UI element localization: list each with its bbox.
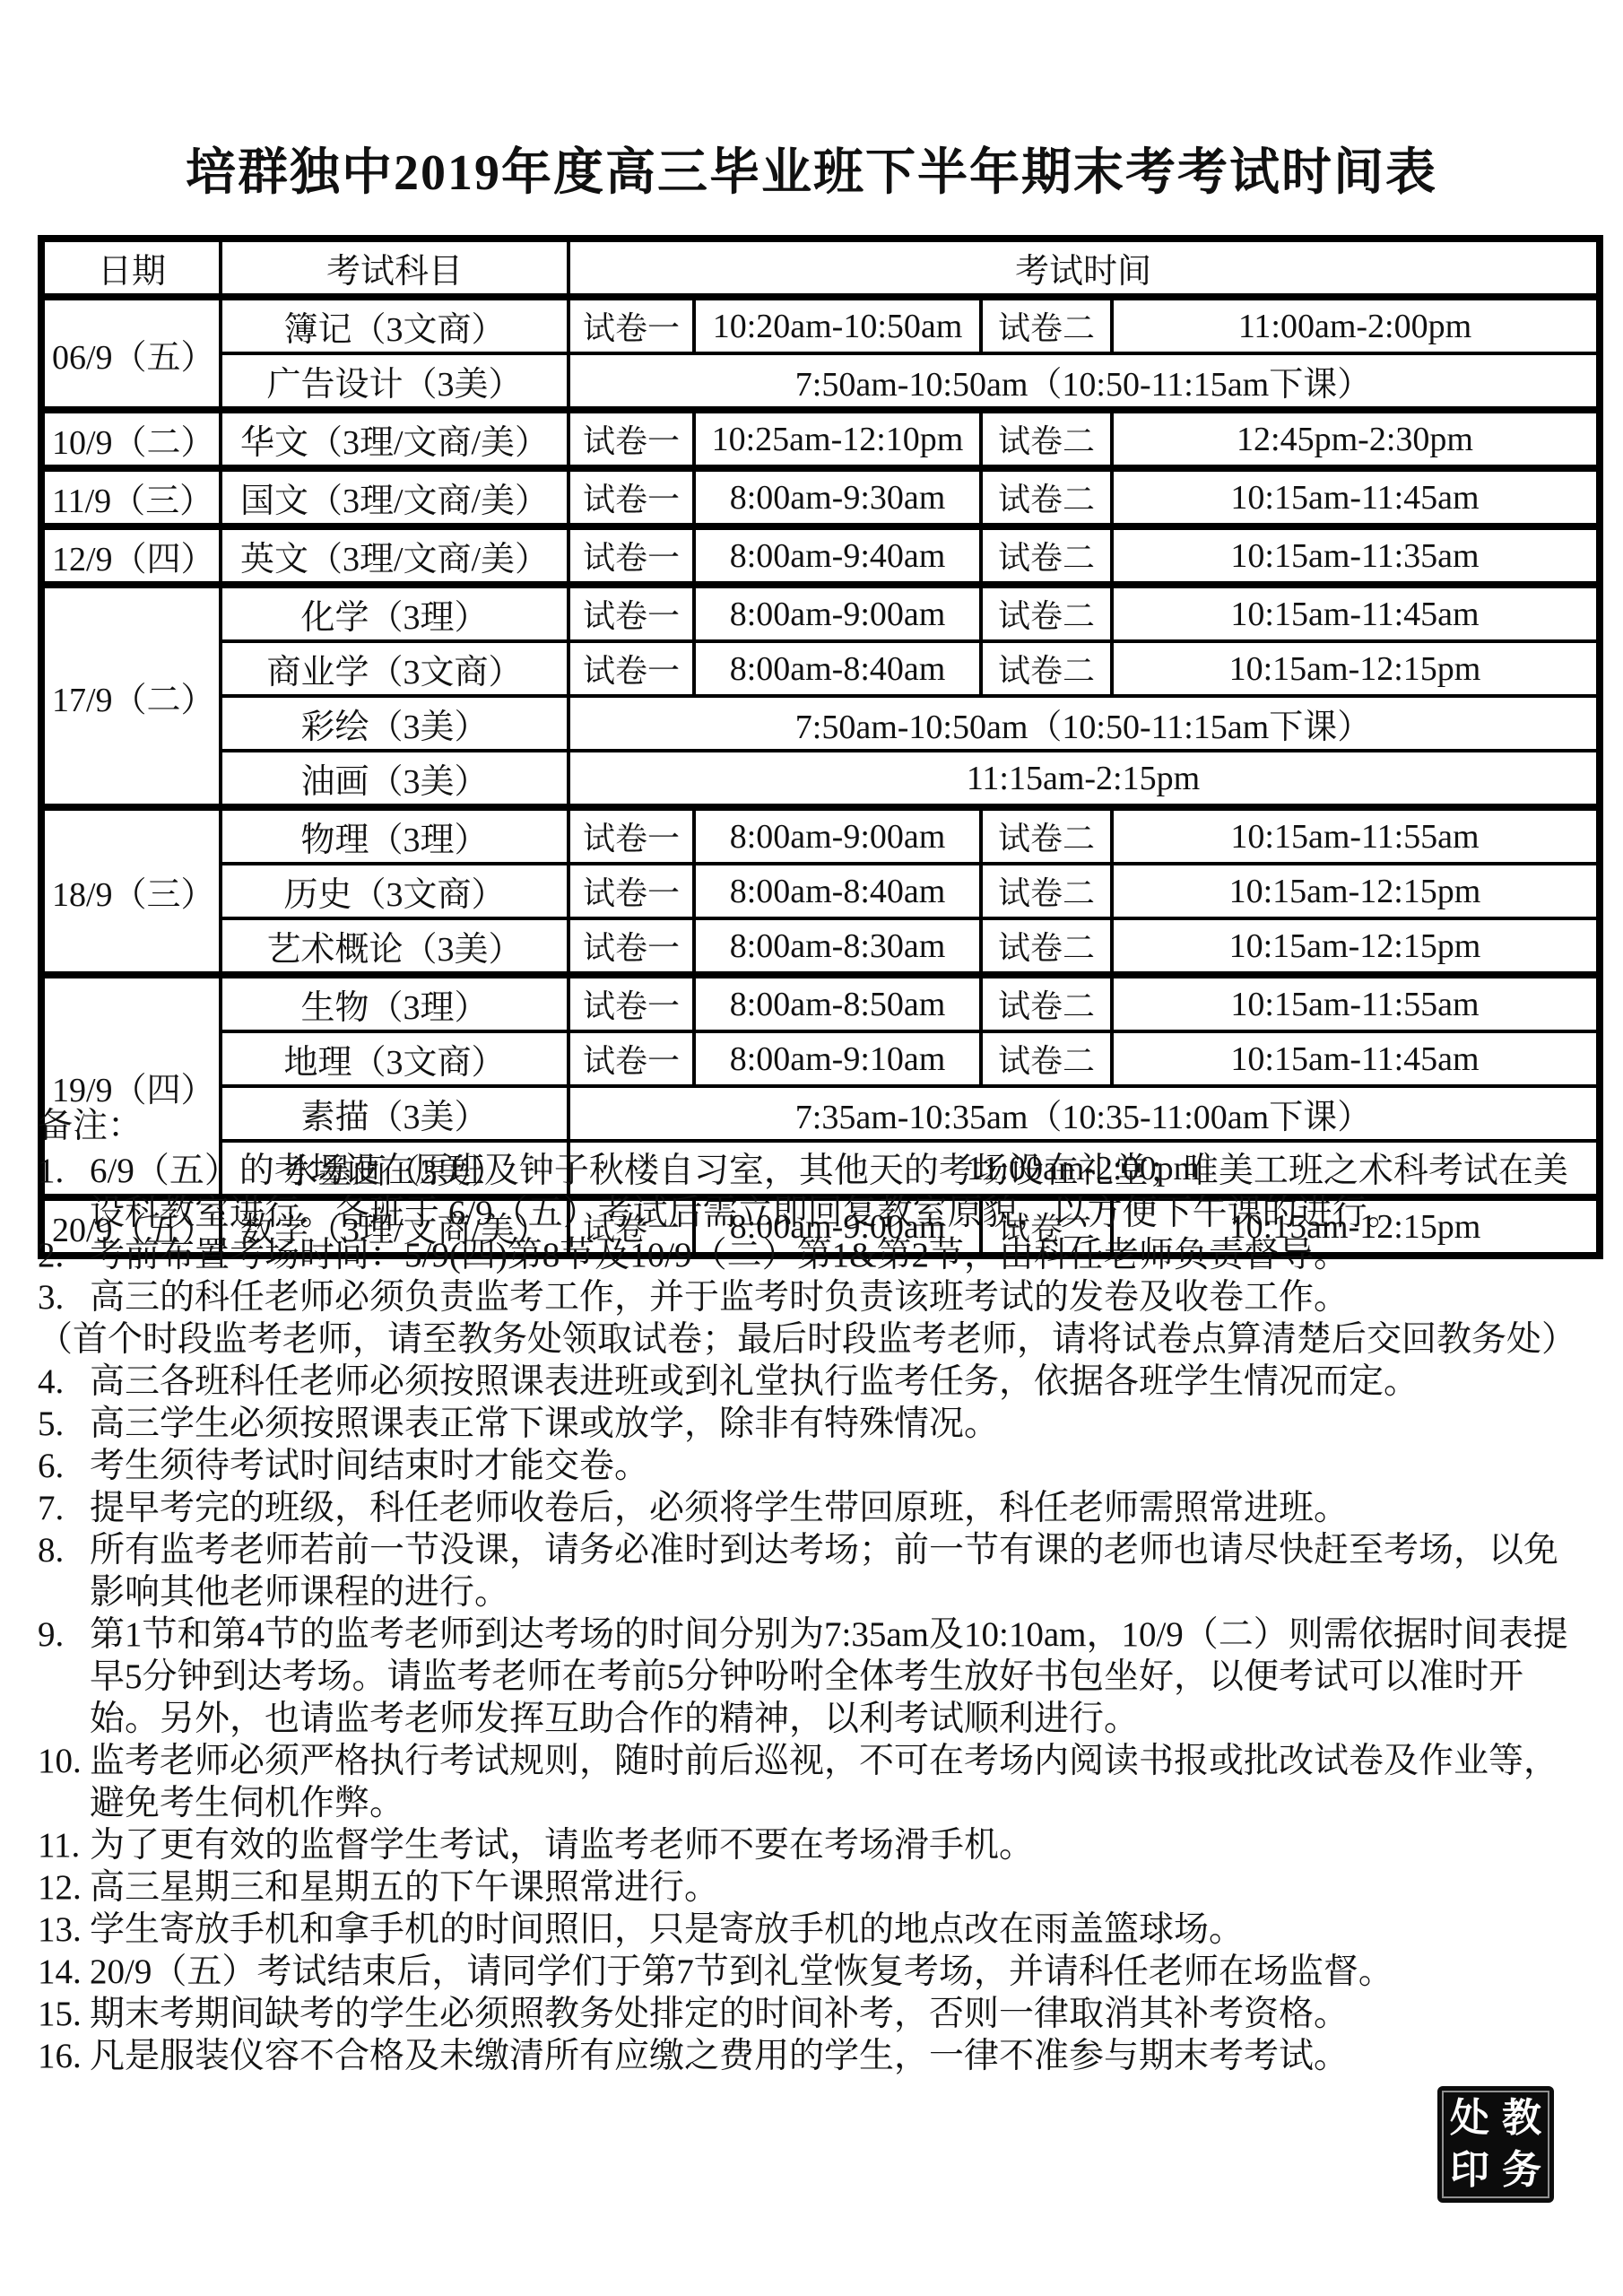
note-text: 高三的科任老师必须负责监考工作，并于监考时负责该班考试的发卷及收卷工作。: [90, 1276, 1582, 1318]
header-time: 考试时间: [568, 239, 1600, 297]
office-stamp: 处教印务: [1437, 2086, 1554, 2203]
note-item: 1.6/9（五）的考场设在原班及钟子秋楼自习室，其他天的考场设在礼堂；唯美工班之…: [38, 1150, 1582, 1234]
paper1-time-cell: 8:00am-8:30am: [694, 918, 981, 975]
paper1-label-cell: 试卷一: [568, 526, 694, 585]
paper1-label-cell: 试卷一: [568, 410, 694, 468]
subject-cell: 油画（3美）: [221, 751, 568, 807]
table-row: 油画（3美）11:15am-2:15pm: [41, 751, 1600, 807]
paper2-time-cell: 10:15am-11:45am: [1112, 1031, 1600, 1086]
note-item: 10.监考老师必须严格执行考试规则，随时前后巡视，不可在考场内阅读书报或批改试卷…: [38, 1740, 1582, 1824]
paper1-label-cell: 试卷一: [568, 975, 694, 1031]
subject-cell: 商业学（3文商）: [221, 641, 568, 696]
note-item: 4.高三各班科任老师必须按照课表进班或到礼堂执行监考任务，依据各班学生情况而定。: [38, 1361, 1582, 1403]
paper2-time-cell: 10:15am-12:15pm: [1112, 864, 1600, 918]
paper1-time-cell: 10:20am-10:50am: [694, 297, 981, 353]
note-text: 学生寄放手机和拿手机的时间照旧，只是寄放手机的地点改在雨盖篮球场。: [90, 1909, 1582, 1951]
paper1-label-cell: 试卷一: [568, 1031, 694, 1086]
paper1-label-cell: 试卷一: [568, 641, 694, 696]
subject-cell: 广告设计（3美）: [221, 353, 568, 410]
note-text: 监考老师必须严格执行考试规则，随时前后巡视，不可在考场内阅读书报或批改试卷及作业…: [90, 1740, 1582, 1824]
note-text: 所有监考老师若前一节没课，请务必准时到达考场；前一节有课的老师也请尽快赶至考场，…: [90, 1529, 1582, 1613]
note-item: 15.期末考期间缺考的学生必须照教务处排定的时间补考，否则一律取消其补考资格。: [38, 1993, 1582, 2035]
table-row: 18/9（三）物理（3理）试卷一8:00am-9:00am试卷二10:15am-…: [41, 807, 1600, 864]
note-number: 2.: [38, 1234, 90, 1276]
paper2-time-cell: 10:15am-11:55am: [1112, 975, 1600, 1031]
note-item: 14. 20/9（五）考试结束后，请同学们于第7节到礼堂恢复考场，并请科任老师在…: [38, 1951, 1582, 1993]
subject-cell: 华文（3理/文商/美）: [221, 410, 568, 468]
note-item: 16.凡是服装仪容不合格及未缴清所有应缴之费用的学生，一律不准参与期末考考试。: [38, 2035, 1582, 2077]
note-number: 4.: [38, 1361, 90, 1403]
paper2-label-cell: 试卷二: [981, 641, 1112, 696]
note-item: 6.考生须待考试时间结束时才能交卷。: [38, 1445, 1582, 1487]
note-item: 9.第1节和第4节的监考老师到达考场的时间分别为7:35am及10:10am，1…: [38, 1613, 1582, 1740]
note-text: 考前布置考场时间：5/9(四)第8节及10/9（二）第1&第2节，由科任老师负责…: [90, 1234, 1582, 1276]
paper1-time-cell: 10:25am-12:10pm: [694, 410, 981, 468]
paper2-label-cell: 试卷二: [981, 807, 1112, 864]
merged-time-cell: 7:50am-10:50am（10:50-11:15am下课）: [568, 353, 1600, 410]
note-text: 6/9（五）的考场设在原班及钟子秋楼自习室，其他天的考场设在礼堂；唯美工班之术科…: [90, 1150, 1582, 1234]
paper1-label-cell: 试卷一: [568, 807, 694, 864]
subject-cell: 英文（3理/文商/美）: [221, 526, 568, 585]
date-cell: 10/9（二）: [41, 410, 221, 468]
note-text: （首个时段监考老师，请至教务处领取试卷；最后时段监考老师，请将试卷点算清楚后交回…: [38, 1318, 1582, 1361]
stamp-char: 印: [1450, 2151, 1489, 2190]
date-cell: 17/9（二）: [41, 585, 221, 807]
stamp-char: 教: [1502, 2099, 1541, 2138]
note-item: 2.考前布置考场时间：5/9(四)第8节及10/9（二）第1&第2节，由科任老师…: [38, 1234, 1582, 1276]
subject-cell: 艺术概论（3美）: [221, 918, 568, 975]
paper2-time-cell: 10:15am-11:45am: [1112, 468, 1600, 526]
note-item: 7.提早考完的班级，科任老师收卷后，必须将学生带回原班，科任老师需照常进班。: [38, 1487, 1582, 1529]
table-row: 彩绘（3美）7:50am-10:50am（10:50-11:15am下课）: [41, 696, 1600, 751]
subject-cell: 簿记（3文商）: [221, 297, 568, 353]
paper2-label-cell: 试卷二: [981, 918, 1112, 975]
note-number: 15.: [38, 1993, 90, 2035]
note-text: 第1节和第4节的监考老师到达考场的时间分别为7:35am及10:10am，10/…: [90, 1613, 1582, 1740]
note-number: 1.: [38, 1150, 90, 1192]
note-number: 12.: [38, 1866, 90, 1909]
page: 培群独中2019年度高三毕业班下半年期末考考试时间表 日期 考试科目 考试时间 …: [0, 0, 1623, 2296]
office-stamp-grid: 处教印务: [1442, 2091, 1549, 2198]
paper2-label-cell: 试卷二: [981, 297, 1112, 353]
paper1-label-cell: 试卷一: [568, 297, 694, 353]
note-text: 期末考期间缺考的学生必须照教务处排定的时间补考，否则一律取消其补考资格。: [90, 1993, 1582, 2035]
date-cell: 18/9（三）: [41, 807, 221, 975]
paper2-label-cell: 试卷二: [981, 468, 1112, 526]
note-item: 11.为了更有效的监督学生考试，请监考老师不要在考场滑手机。: [38, 1824, 1582, 1866]
note-item: 5.高三学生必须按照课表正常下课或放学，除非有特殊情况。: [38, 1403, 1582, 1445]
paper2-label-cell: 试卷二: [981, 975, 1112, 1031]
header-subject: 考试科目: [221, 239, 568, 297]
subject-cell: 彩绘（3美）: [221, 696, 568, 751]
note-text: 高三星期三和星期五的下午课照常进行。: [90, 1866, 1582, 1909]
table-row: 历史（3文商）试卷一8:00am-8:40am试卷二10:15am-12:15p…: [41, 864, 1600, 918]
paper1-label-cell: 试卷一: [568, 468, 694, 526]
stamp-char: 务: [1502, 2151, 1541, 2190]
note-item: 13.学生寄放手机和拿手机的时间照旧，只是寄放手机的地点改在雨盖篮球场。: [38, 1909, 1582, 1951]
subject-cell: 国文（3理/文商/美）: [221, 468, 568, 526]
note-item: 12.高三星期三和星期五的下午课照常进行。: [38, 1866, 1582, 1909]
table-row: 广告设计（3美）7:50am-10:50am（10:50-11:15am下课）: [41, 353, 1600, 410]
table-row: 艺术概论（3美）试卷一8:00am-8:30am试卷二10:15am-12:15…: [41, 918, 1600, 975]
paper2-time-cell: 10:15am-11:45am: [1112, 585, 1600, 641]
note-number: 6.: [38, 1445, 90, 1487]
note-number: 10.: [38, 1740, 90, 1782]
table-row: 地理（3文商）试卷一8:00am-9:10am试卷二10:15am-11:45a…: [41, 1031, 1600, 1086]
paper2-label-cell: 试卷二: [981, 864, 1112, 918]
paper1-label-cell: 试卷一: [568, 918, 694, 975]
doc-title: 培群独中2019年度高三毕业班下半年期末考考试时间表: [0, 133, 1623, 204]
subject-cell: 物理（3理）: [221, 807, 568, 864]
note-number: 9.: [38, 1613, 90, 1656]
paper1-time-cell: 8:00am-8:40am: [694, 641, 981, 696]
note-text: 高三各班科任老师必须按照课表进班或到礼堂执行监考任务，依据各班学生情况而定。: [90, 1361, 1582, 1403]
paper1-time-cell: 8:00am-9:10am: [694, 1031, 981, 1086]
paper2-time-cell: 10:15am-12:15pm: [1112, 641, 1600, 696]
notes-heading: 备注：: [38, 1105, 1582, 1147]
paper1-time-cell: 8:00am-9:00am: [694, 585, 981, 641]
stamp-char: 处: [1450, 2099, 1489, 2138]
paper2-label-cell: 试卷二: [981, 410, 1112, 468]
paper1-time-cell: 8:00am-9:30am: [694, 468, 981, 526]
subject-cell: 历史（3文商）: [221, 864, 568, 918]
subject-cell: 化学（3理）: [221, 585, 568, 641]
notes: 备注： 1.6/9（五）的考场设在原班及钟子秋楼自习室，其他天的考场设在礼堂；唯…: [38, 1105, 1582, 2077]
paper1-label-cell: 试卷一: [568, 585, 694, 641]
table-header-row: 日期 考试科目 考试时间: [41, 239, 1600, 297]
note-number: 16.: [38, 2035, 90, 2077]
date-cell: 11/9（三）: [41, 468, 221, 526]
header-date: 日期: [41, 239, 221, 297]
note-text: 考生须待考试时间结束时才能交卷。: [90, 1445, 1582, 1487]
paper2-time-cell: 10:15am-12:15pm: [1112, 918, 1600, 975]
paper1-time-cell: 8:00am-8:40am: [694, 864, 981, 918]
paper1-time-cell: 8:00am-8:50am: [694, 975, 981, 1031]
paper2-time-cell: 12:45pm-2:30pm: [1112, 410, 1600, 468]
paper2-label-cell: 试卷二: [981, 585, 1112, 641]
note-number: 13.: [38, 1909, 90, 1951]
subject-cell: 生物（3理）: [221, 975, 568, 1031]
note-number: 14.: [38, 1951, 90, 1993]
table-row: 17/9（二）化学（3理）试卷一8:00am-9:00am试卷二10:15am-…: [41, 585, 1600, 641]
note-number: 3.: [38, 1276, 90, 1318]
note-item: 8.所有监考老师若前一节没课，请务必准时到达考场；前一节有课的老师也请尽快赶至考…: [38, 1529, 1582, 1613]
table-row: 19/9（四）生物（3理）试卷一8:00am-8:50am试卷二10:15am-…: [41, 975, 1600, 1031]
paper1-time-cell: 8:00am-9:00am: [694, 807, 981, 864]
paper1-time-cell: 8:00am-9:40am: [694, 526, 981, 585]
note-number: 11.: [38, 1824, 90, 1866]
date-cell: 12/9（四）: [41, 526, 221, 585]
note-item: （首个时段监考老师，请至教务处领取试卷；最后时段监考老师，请将试卷点算清楚后交回…: [38, 1318, 1582, 1361]
subject-cell: 地理（3文商）: [221, 1031, 568, 1086]
note-text: 为了更有效的监督学生考试，请监考老师不要在考场滑手机。: [90, 1824, 1582, 1866]
paper2-time-cell: 11:00am-2:00pm: [1112, 297, 1600, 353]
table-row: 11/9（三）国文（3理/文商/美）试卷一8:00am-9:30am试卷二10:…: [41, 468, 1600, 526]
note-item: 3.高三的科任老师必须负责监考工作，并于监考时负责该班考试的发卷及收卷工作。: [38, 1276, 1582, 1318]
note-text: 20/9（五）考试结束后，请同学们于第7节到礼堂恢复考场，并请科任老师在场监督。: [90, 1951, 1582, 1993]
paper2-label-cell: 试卷二: [981, 1031, 1112, 1086]
paper2-time-cell: 10:15am-11:55am: [1112, 807, 1600, 864]
paper1-label-cell: 试卷一: [568, 864, 694, 918]
note-number: 5.: [38, 1403, 90, 1445]
note-text: 提早考完的班级，科任老师收卷后，必须将学生带回原班，科任老师需照常进班。: [90, 1487, 1582, 1529]
date-cell: 06/9（五）: [41, 297, 221, 410]
table-row: 10/9（二）华文（3理/文商/美）试卷一10:25am-12:10pm试卷二1…: [41, 410, 1600, 468]
notes-list: 1.6/9（五）的考场设在原班及钟子秋楼自习室，其他天的考场设在礼堂；唯美工班之…: [38, 1150, 1582, 2077]
table-row: 12/9（四）英文（3理/文商/美）试卷一8:00am-9:40am试卷二10:…: [41, 526, 1600, 585]
note-text: 高三学生必须按照课表正常下课或放学，除非有特殊情况。: [90, 1403, 1582, 1445]
paper2-time-cell: 10:15am-11:35am: [1112, 526, 1600, 585]
merged-time-cell: 7:50am-10:50am（10:50-11:15am下课）: [568, 696, 1600, 751]
table-row: 商业学（3文商）试卷一8:00am-8:40am试卷二10:15am-12:15…: [41, 641, 1600, 696]
note-number: 8.: [38, 1529, 90, 1571]
table-row: 06/9（五）簿记（3文商）试卷一10:20am-10:50am试卷二11:00…: [41, 297, 1600, 353]
merged-time-cell: 11:15am-2:15pm: [568, 751, 1600, 807]
paper2-label-cell: 试卷二: [981, 526, 1112, 585]
note-number: 7.: [38, 1487, 90, 1529]
note-text: 凡是服装仪容不合格及未缴清所有应缴之费用的学生，一律不准参与期末考考试。: [90, 2035, 1582, 2077]
